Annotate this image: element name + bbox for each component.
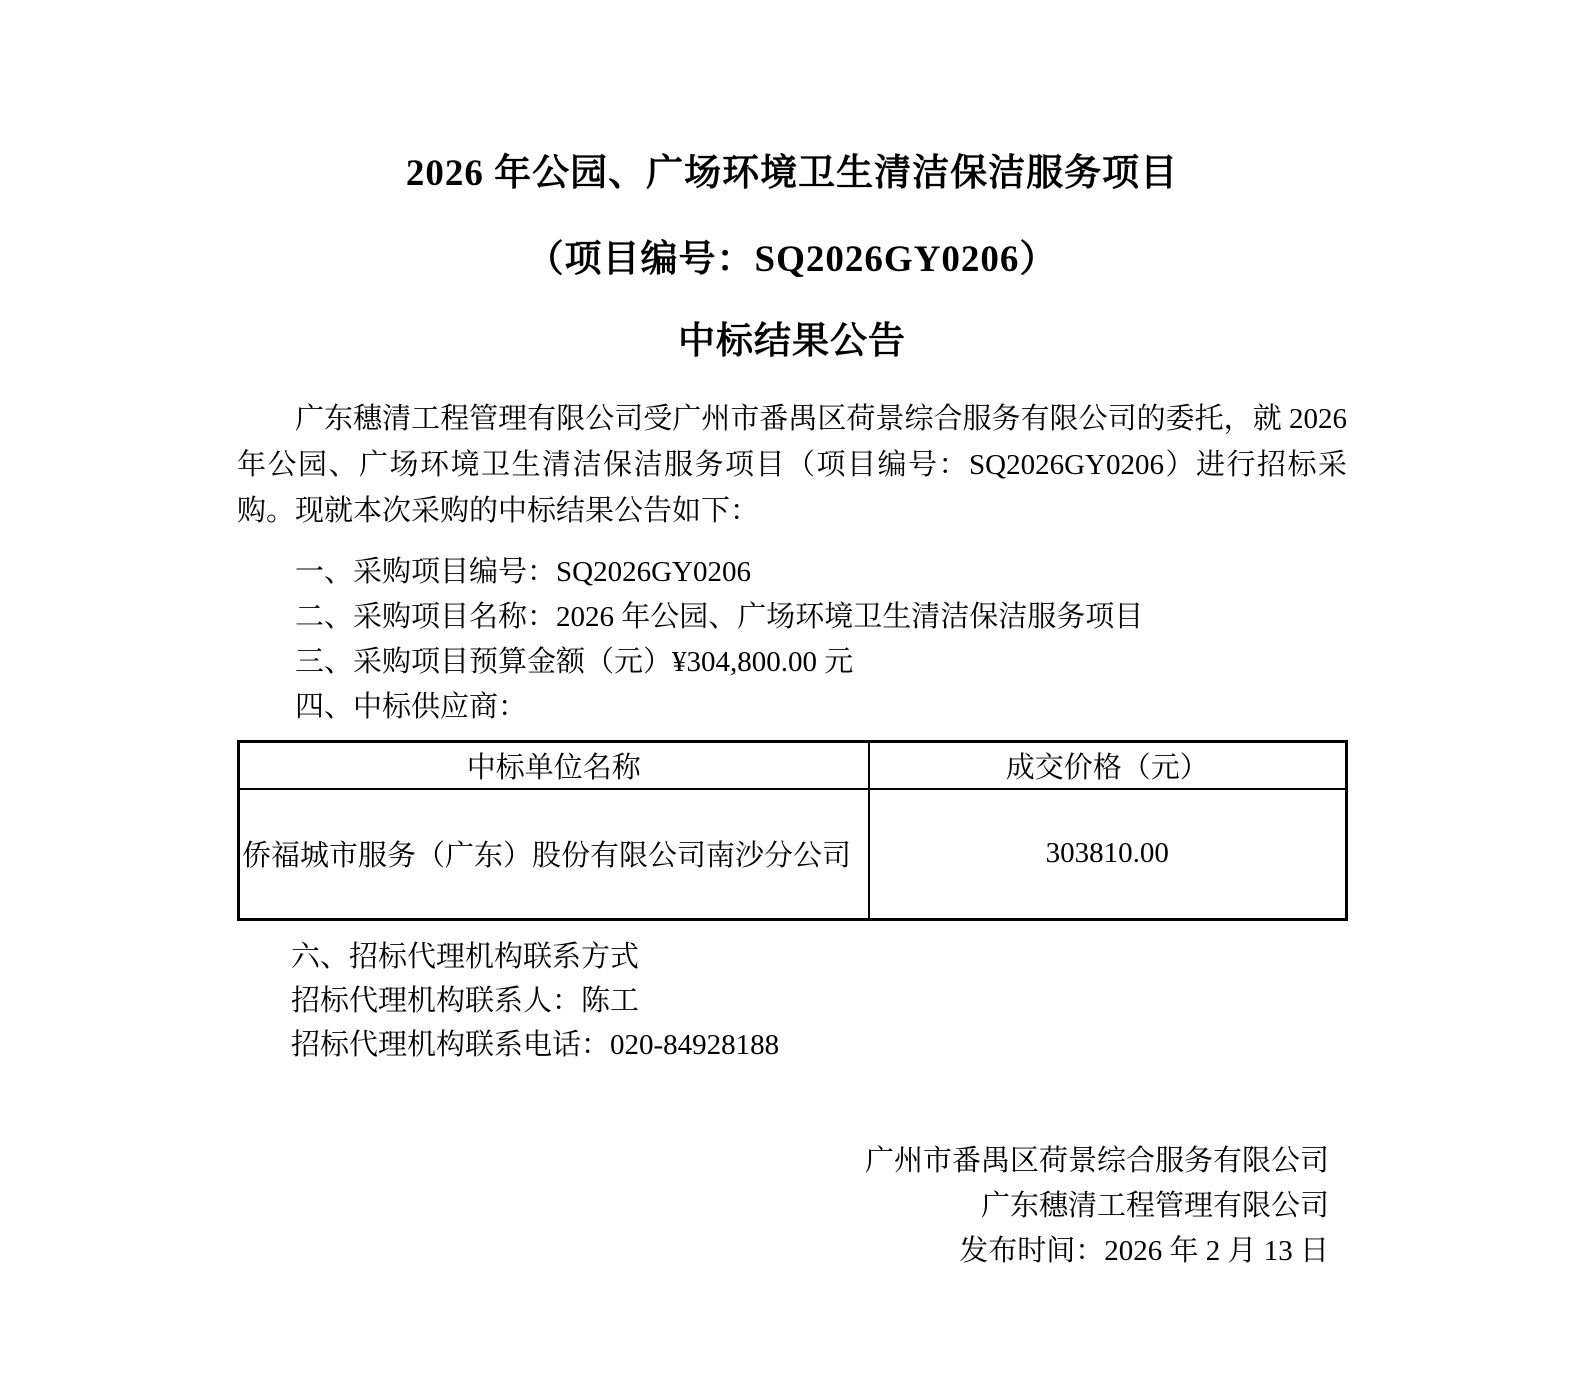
- header-transaction-price: 成交价格（元）: [869, 742, 1347, 789]
- project-number-title: （项目编号：SQ2026GY0206）: [237, 236, 1347, 284]
- item-list: 一、采购项目编号：SQ2026GY0206 二、采购项目名称：2026 年公园、…: [237, 550, 1347, 730]
- table-row: 侨福城市服务（广东）股份有限公司南沙分公司 303810.00: [239, 789, 1347, 920]
- intro-paragraph: 广东穗清工程管理有限公司受广州市番禺区荷景综合服务有限公司的委托，就 2026 …: [237, 396, 1347, 534]
- cell-transaction-price: 303810.00: [869, 789, 1347, 920]
- item-budget-amount: 三、采购项目预算金额（元）¥304,800.00 元: [237, 640, 1347, 685]
- announcement-page: 2026 年公园、广场环境卫生清洁保洁服务项目 （项目编号：SQ2026GY02…: [0, 0, 1587, 1388]
- contact-person: 招标代理机构联系人：陈工: [237, 979, 1347, 1023]
- publish-date: 发布时间：2026 年 2 月 13 日: [237, 1229, 1329, 1274]
- document-content: 2026 年公园、广场环境卫生清洁保洁服务项目 （项目编号：SQ2026GY02…: [237, 0, 1347, 1274]
- header-winning-unit-name: 中标单位名称: [239, 742, 869, 789]
- contact-phone: 招标代理机构联系电话：020-84928188: [237, 1023, 1347, 1067]
- table-header-row: 中标单位名称 成交价格（元）: [239, 742, 1347, 789]
- contact-section: 六、招标代理机构联系方式 招标代理机构联系人：陈工 招标代理机构联系电话：020…: [237, 935, 1347, 1067]
- purchaser-company-name: 广州市番禺区荷景综合服务有限公司: [237, 1139, 1329, 1184]
- contact-section-heading: 六、招标代理机构联系方式: [237, 935, 1347, 979]
- item-winning-supplier: 四、中标供应商：: [237, 685, 1347, 730]
- signature-block: 广州市番禺区荷景综合服务有限公司 广东穗清工程管理有限公司 发布时间：2026 …: [237, 1139, 1347, 1274]
- project-title: 2026 年公园、广场环境卫生清洁保洁服务项目: [237, 150, 1347, 198]
- agency-company-name: 广东穗清工程管理有限公司: [237, 1184, 1329, 1229]
- announcement-type-title: 中标结果公告: [237, 318, 1347, 366]
- item-project-number: 一、采购项目编号：SQ2026GY0206: [237, 550, 1347, 595]
- cell-winning-unit-name: 侨福城市服务（广东）股份有限公司南沙分公司: [239, 789, 869, 920]
- item-project-name: 二、采购项目名称：2026 年公园、广场环境卫生清洁保洁服务项目: [237, 595, 1347, 640]
- award-table: 中标单位名称 成交价格（元） 侨福城市服务（广东）股份有限公司南沙分公司 303…: [237, 740, 1348, 921]
